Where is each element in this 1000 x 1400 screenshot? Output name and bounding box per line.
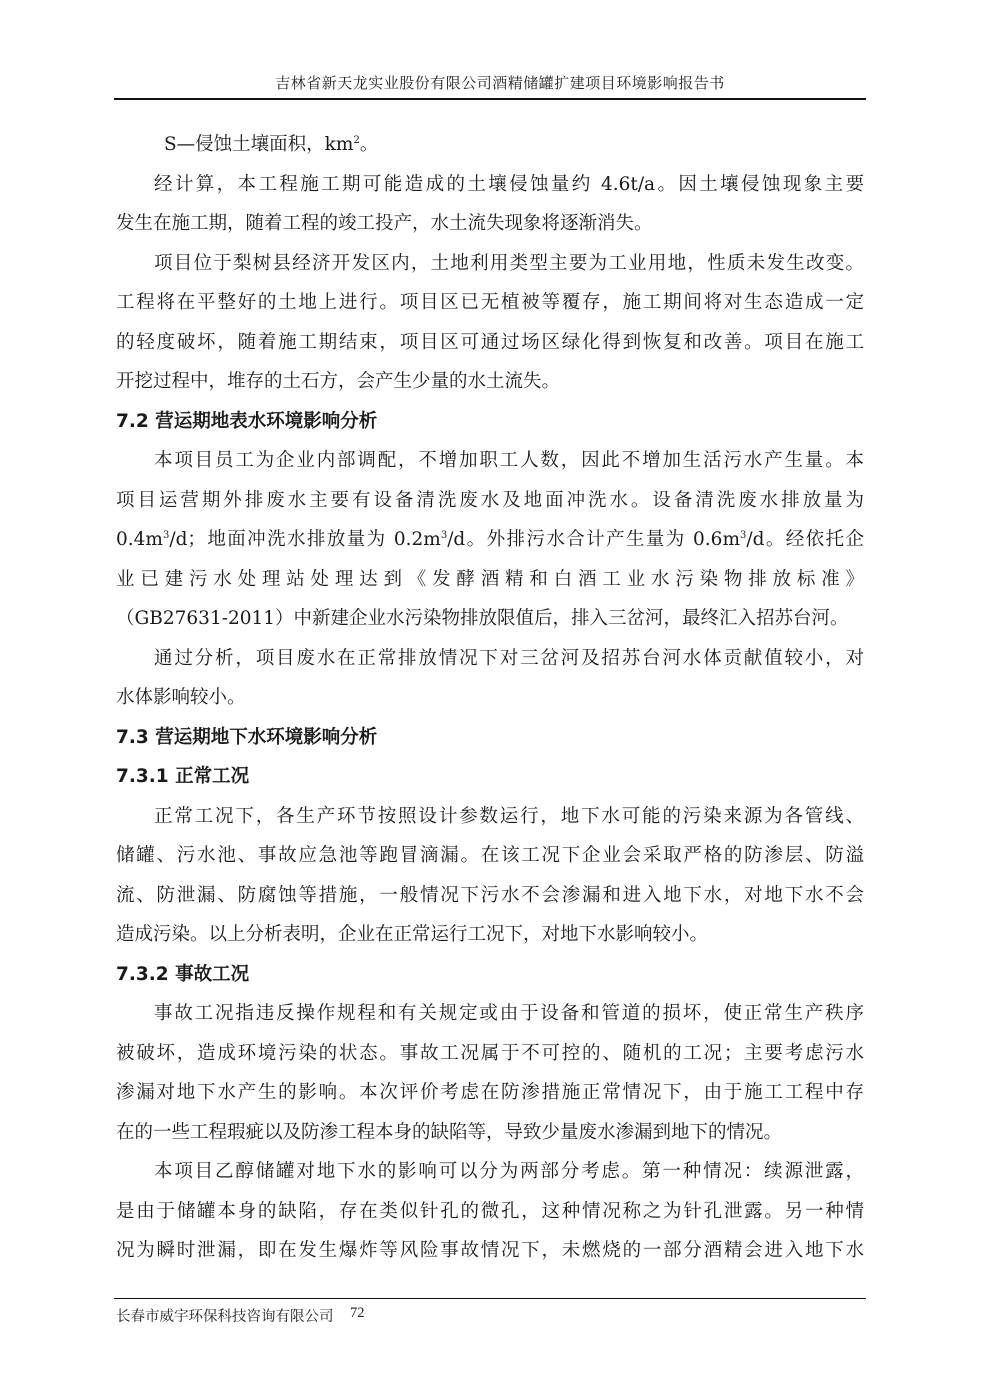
report-title: 吉林省新天龙实业股份有限公司酒精储罐扩建项目环境影响报告书 <box>0 72 1000 93</box>
subsection-heading-7-3-2: 7.3.2 事故工况 <box>116 955 864 995</box>
text-line: 工程将在平整好的土地上进行。项目区已无植被等覆存，施工期间将对生态造成一定 <box>116 283 864 323</box>
text-line: 通过分析，项目废水在正常排放情况下对三岔河及招苏台河水体贡献值较小，对 <box>116 639 864 679</box>
formula-note-text: S—侵蚀土壤面积，km <box>164 134 353 155</box>
text-line: 况为瞬时泄漏，即在发生爆炸等风险事故情况下，未燃烧的一部分酒精会进入地下水 <box>116 1231 864 1271</box>
section-heading-7-2: 7.2 营运期地表水环境影响分析 <box>116 402 864 442</box>
footer-company-name: 长春市威宇环保科技咨询有限公司 <box>116 1305 334 1326</box>
text-line-with-units: 0.4m3/d；地面冲洗水排放量为 0.2m3/d。外排污水合计产生量为 0.6… <box>116 520 864 560</box>
text-line: （GB27631-2011）中新建企业水污染物排放限值后，排入三岔河，最终汇入招… <box>116 599 864 639</box>
formula-note-tail: 。 <box>360 134 379 155</box>
text-line: 本项目乙醇储罐对地下水的影响可以分为两部分考虑。第一种情况：续源泄露， <box>116 1152 864 1192</box>
footer-divider <box>114 1298 866 1299</box>
text-line: 水体影响较小。 <box>116 678 864 718</box>
page-number: 72 <box>350 1305 390 1322</box>
paragraph-erosion: 经计算，本工程施工期可能造成的土壤侵蚀量约 4.6t/a。因土壤侵蚀现象主要 发… <box>116 165 864 244</box>
paragraph-land-use: 项目位于梨树县经济开发区内，土地利用类型主要为工业用地，性质未发生改变。 工程将… <box>116 244 864 402</box>
text-line: 被破坏，造成环境污染的状态。事故工况属于不可控的、随机的工况；主要考虑污水 <box>116 1034 864 1074</box>
text-segment: /d。经依托企 <box>746 529 864 550</box>
text-segment: /d；地面冲洗水排放量为 0.2m <box>169 529 440 550</box>
text-segment: /d。外排污水合计产生量为 0.6m <box>447 529 740 550</box>
text-line: 业已建污水处理站处理达到《发酵酒精和白酒工业水污染物排放标准》 <box>116 560 864 600</box>
page-body: S—侵蚀土壤面积，km2。 经计算，本工程施工期可能造成的土壤侵蚀量约 4.6t… <box>116 125 864 1271</box>
text-line: 正常工况下，各生产环节按照设计参数运行，地下水可能的污染来源为各管线、 <box>116 797 864 837</box>
paragraph-normal-condition: 正常工况下，各生产环节按照设计参数运行，地下水可能的污染来源为各管线、 储罐、污… <box>116 797 864 955</box>
paragraph-accident-condition: 事故工况指违反操作规程和有关规定或由于设备和管道的损坏，使正常生产秩序 被破坏，… <box>116 994 864 1152</box>
text-segment: 0.4m <box>116 529 163 550</box>
text-line: 本项目员工为企业内部调配，不增加职工人数，因此不增加生活污水产生量。本 <box>116 441 864 481</box>
text-line: 在的一些工程瑕疵以及防渗工程本身的缺陷等，导致少量废水渗漏到地下的情况。 <box>116 1113 864 1153</box>
text-line: 流、防泄漏、防腐蚀等措施，一般情况下污水不会渗漏和进入地下水，对地下水不会 <box>116 876 864 916</box>
paragraph-surface-water: 本项目员工为企业内部调配，不增加职工人数，因此不增加生活污水产生量。本 项目运营… <box>116 441 864 639</box>
subsection-heading-7-3-1: 7.3.1 正常工况 <box>116 757 864 797</box>
text-line: 渗漏对地下水产生的影响。本次评价考虑在防渗措施正常情况下，由于施工工程中存 <box>116 1073 864 1113</box>
text-line: 的轻度破坏，随着施工期结束，项目区可通过场区绿化得到恢复和改善。项目在施工 <box>116 323 864 363</box>
text-line: 造成污染。以上分析表明，企业在正常运行工况下，对地下水影响较小。 <box>116 915 864 955</box>
paragraph-tank-leak: 本项目乙醇储罐对地下水的影响可以分为两部分考虑。第一种情况：续源泄露， 是由于储… <box>116 1152 864 1271</box>
paragraph-surface-water-conclusion: 通过分析，项目废水在正常排放情况下对三岔河及招苏台河水体贡献值较小，对 水体影响… <box>116 639 864 718</box>
text-line: 储罐、污水池、事故应急池等跑冒滴漏。在该工况下企业会采取严格的防渗层、防溢 <box>116 836 864 876</box>
text-line: 经计算，本工程施工期可能造成的土壤侵蚀量约 4.6t/a。因土壤侵蚀现象主要 <box>116 165 864 205</box>
header-divider <box>114 98 866 100</box>
text-line: 事故工况指违反操作规程和有关规定或由于设备和管道的损坏，使正常生产秩序 <box>116 994 864 1034</box>
text-line: 项目位于梨树县经济开发区内，土地利用类型主要为工业用地，性质未发生改变。 <box>116 244 864 284</box>
text-line: 项目运营期外排废水主要有设备清洗废水及地面冲洗水。设备清洗废水排放量为 <box>116 481 864 521</box>
text-line: 发生在施工期，随着工程的竣工投产，水土流失现象将逐渐消失。 <box>116 204 864 244</box>
text-line: 是由于储罐本身的缺陷，存在类似针孔的微孔，这种情况称之为针孔泄露。另一种情 <box>116 1192 864 1232</box>
text-line: 开挖过程中，堆存的土石方，会产生少量的水土流失。 <box>116 362 864 402</box>
section-heading-7-3: 7.3 营运期地下水环境影响分析 <box>116 718 864 758</box>
formula-variable-note: S—侵蚀土壤面积，km2。 <box>116 125 864 165</box>
